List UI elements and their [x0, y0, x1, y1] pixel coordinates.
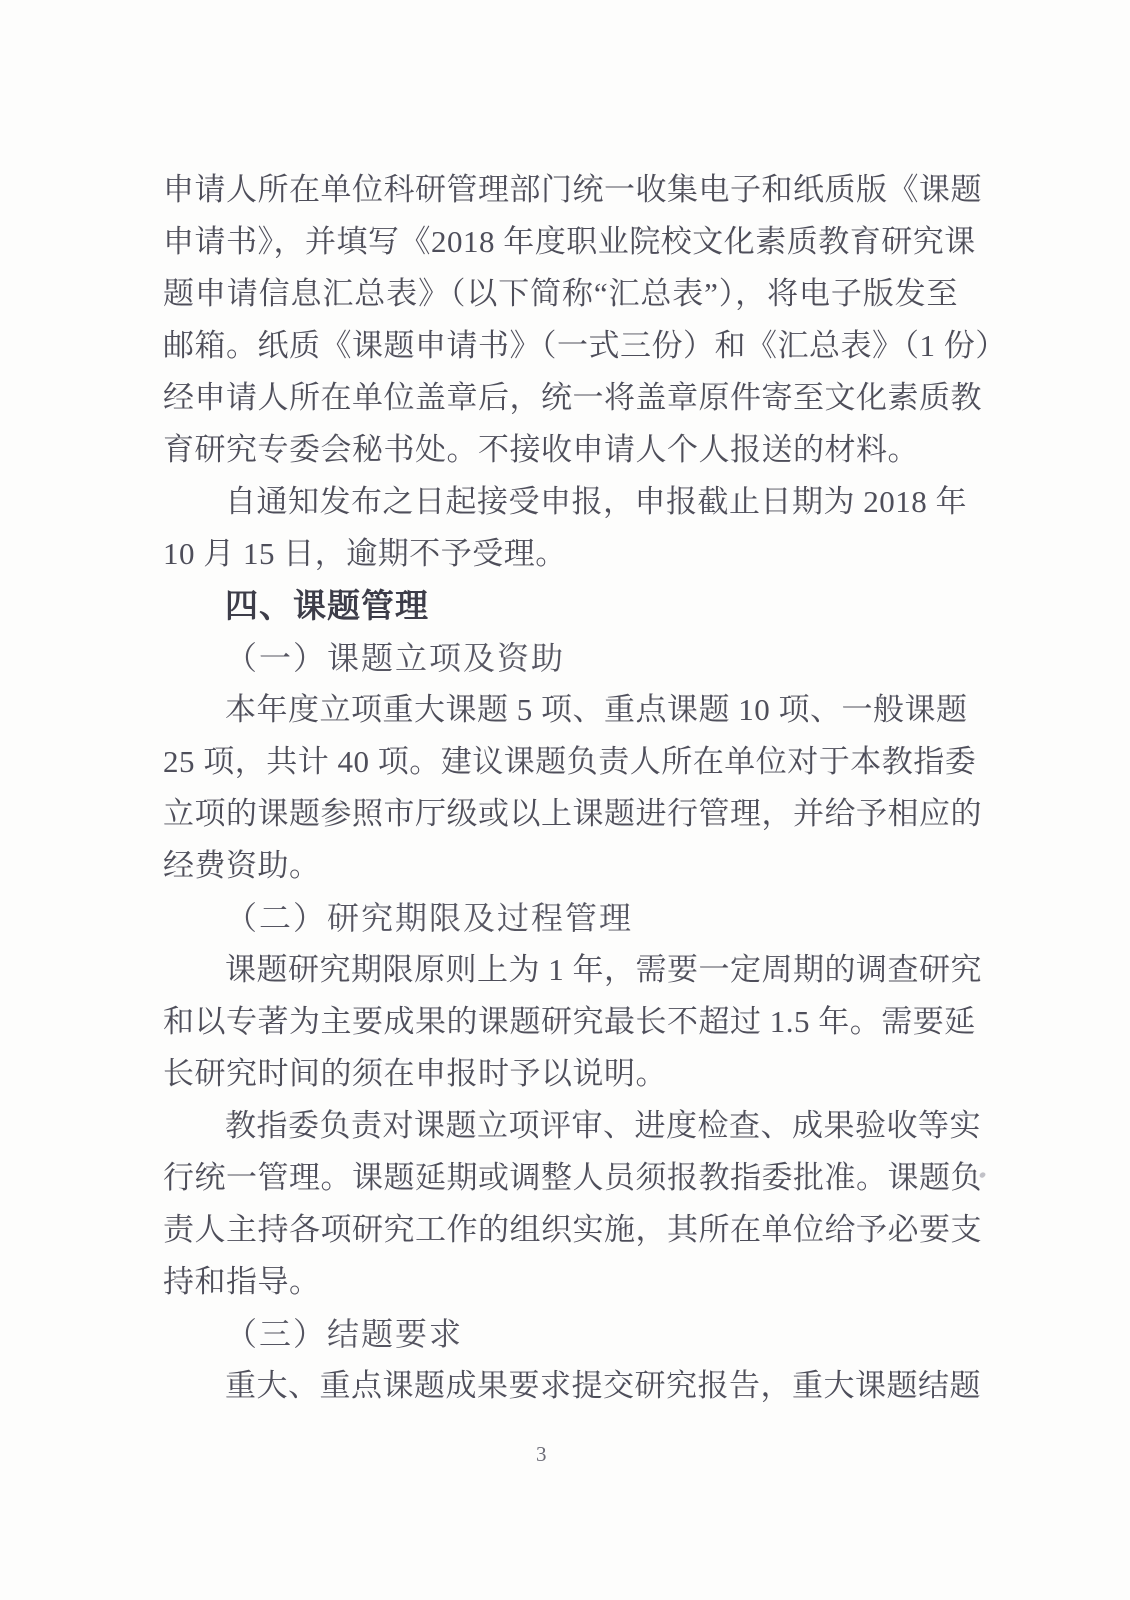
text-line: 立项的课题参照市厅级或以上课题进行管理，并给予相应的 [163, 788, 958, 840]
document-page: 申请人所在单位科研管理部门统一收集电子和纸质版《课题申请书》，并填写《2018 … [0, 0, 1130, 1600]
text-line: 申请人所在单位科研管理部门统一收集电子和纸质版《课题 [163, 164, 958, 216]
page-number: 3 [536, 1442, 547, 1467]
text-line: 经费资助。 [163, 840, 958, 892]
text-line: 四、课题管理 [163, 580, 958, 632]
text-line: 课题研究期限原则上为 1 年，需要一定周期的调查研究 [163, 944, 958, 996]
text-line: 申请书》，并填写《2018 年度职业院校文化素质教育研究课 [163, 216, 958, 268]
text-line: 25 项，共计 40 项。建议课题负责人所在单位对于本教指委 [163, 736, 958, 788]
text-line: 邮箱。纸质《课题申请书》（一式三份）和《汇总表》（1 份） [163, 320, 958, 372]
text-line: （二）研究期限及过程管理 [163, 892, 958, 944]
text-line: 教指委负责对课题立项评审、进度检查、成果验收等实 [163, 1100, 958, 1152]
text-line: 持和指导。 [163, 1256, 958, 1308]
text-line: 责人主持各项研究工作的组织实施，其所在单位给予必要支 [163, 1204, 958, 1256]
text-line: 经申请人所在单位盖章后，统一将盖章原件寄至文化素质教 [163, 372, 958, 424]
document-body: 申请人所在单位科研管理部门统一收集电子和纸质版《课题申请书》，并填写《2018 … [163, 164, 958, 1412]
text-line: 长研究时间的须在申报时予以说明。 [163, 1048, 958, 1100]
text-line: （三）结题要求 [163, 1308, 958, 1360]
text-line: 育研究专委会秘书处。不接收申请人个人报送的材料。 [163, 424, 958, 476]
text-line: 自通知发布之日起接受申报，申报截止日期为 2018 年 [163, 476, 958, 528]
text-line: 和以专著为主要成果的课题研究最长不超过 1.5 年。需要延 [163, 996, 958, 1048]
text-line: 本年度立项重大课题 5 项、重点课题 10 项、一般课题 [163, 684, 958, 736]
text-line: 行统一管理。课题延期或调整人员须报教指委批准。课题负 [163, 1152, 958, 1204]
text-line: 10 月 15 日，逾期不予受理。 [163, 528, 958, 580]
text-line: （一）课题立项及资助 [163, 632, 958, 684]
text-line: 题申请信息汇总表》（以下简称“汇总表”），将电子版发至 [163, 268, 958, 320]
text-line: 重大、重点课题成果要求提交研究报告，重大课题结题 [163, 1360, 958, 1412]
